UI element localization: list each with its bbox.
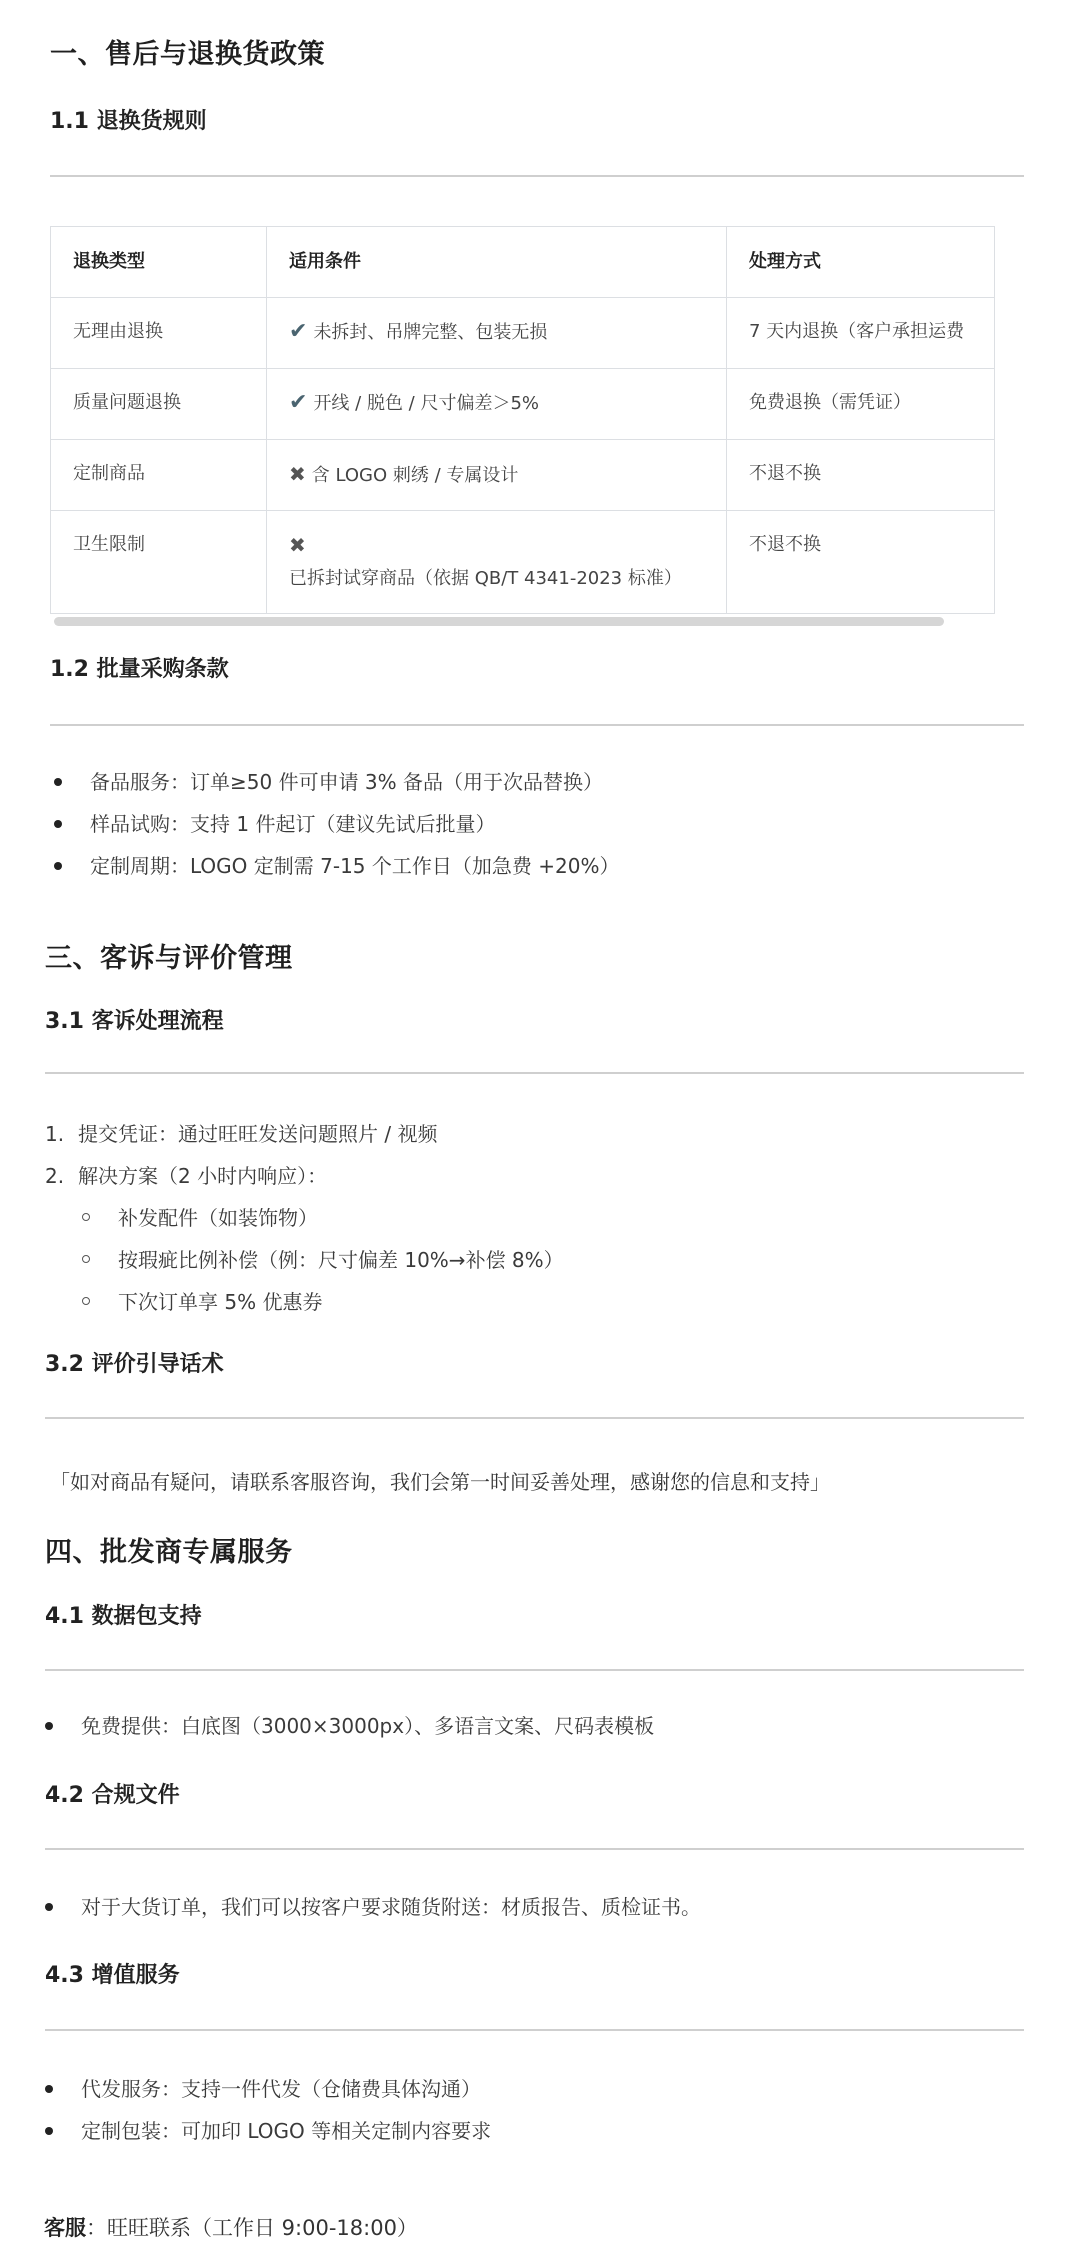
sub-list-item: 补发配件（如装饰物） (45, 1197, 564, 1239)
column-header-condition: 适用条件 (267, 227, 727, 298)
table-header-row: 退换类型 适用条件 处理方式 (51, 227, 995, 298)
list-item: 备品服务：订单≥50 件可申请 3% 备品（用于次品替换） (54, 761, 619, 803)
section-title-after-sales: 一、售后与退换货政策 (50, 32, 325, 71)
list-item: 2. 解决方案（2 小时内响应）： (45, 1155, 945, 1197)
column-header-type: 退换类型 (51, 227, 267, 298)
cell-handling: 不退不换 (727, 440, 995, 511)
cell-type: 定制商品 (51, 440, 267, 511)
subsection-title-data-package: 4.1 数据包支持 (45, 1599, 202, 1630)
subsection-title-value-added: 4.3 增值服务 (45, 1958, 180, 1989)
list-item-text: 解决方案（2 小时内响应）： (78, 1164, 327, 1188)
sub-list-item: 下次订单享 5% 优惠券 (45, 1281, 564, 1323)
table-row: 无理由退换 ✔未拆封、吊牌完整、包装无损 7 天内退换（客户承担运费 (51, 298, 995, 369)
subsection-title-bulk-terms: 1.2 批量采购条款 (50, 652, 229, 683)
review-script-quote: 「如对商品有疑问，请联系客服咨询，我们会第一时间妥善处理，感谢您的信息和支持」 (50, 1466, 830, 1495)
column-header-handling: 处理方式 (727, 227, 995, 298)
list-item: 定制包装：可加印 LOGO 等相关定制内容要求 (45, 2110, 491, 2152)
step-number: 1. (45, 1113, 64, 1155)
data-package-list: 免费提供：白底图（3000×3000px）、多语言文案、尺码表模板 (45, 1705, 654, 1747)
return-rules-table-container[interactable]: 退换类型 适用条件 处理方式 无理由退换 ✔未拆封、吊牌完整、包装无损 7 天内… (50, 226, 994, 614)
divider (50, 175, 1024, 177)
divider (45, 1669, 1024, 1671)
check-icon: ✔ (289, 390, 307, 415)
customer-service-text: ：旺旺联系（工作日 9:00-18:00） (86, 2216, 418, 2240)
cross-icon: ✖ (289, 533, 306, 557)
list-item-text: 定制包装：可加印 LOGO 等相关定制内容要求 (81, 2119, 491, 2143)
check-icon: ✔ (289, 319, 307, 344)
subsection-title-complaint-process: 3.1 客诉处理流程 (45, 1004, 224, 1035)
cell-condition: ✖已拆封试穿商品（依据 QB/T 4341-2023 标准） (267, 511, 727, 614)
list-item: 对于大货订单，我们可以按客户要求随货附送：材质报告、质检证书。 (45, 1886, 701, 1928)
condition-text: 开线 / 脱色 / 尺寸偏差＞5% (313, 393, 539, 414)
table-row: 质量问题退换 ✔开线 / 脱色 / 尺寸偏差＞5% 免费退换（需凭证） (51, 369, 995, 440)
complaint-solutions-sublist: 补发配件（如装饰物） 按瑕疵比例补偿（例：尺寸偏差 10%→补偿 8%） 下次订… (45, 1197, 564, 1323)
subsection-title-return-rules: 1.1 退换货规则 (50, 104, 207, 135)
circle-bullet-icon (82, 1297, 90, 1305)
section-title-wholesaler-services: 四、批发商专属服务 (45, 1530, 293, 1569)
cell-handling: 免费退换（需凭证） (727, 369, 995, 440)
bullet-icon (45, 2127, 53, 2135)
table-row: 定制商品 ✖含 LOGO 刺绣 / 专属设计 不退不换 (51, 440, 995, 511)
list-item: 免费提供：白底图（3000×3000px）、多语言文案、尺码表模板 (45, 1705, 654, 1747)
bulk-terms-list: 备品服务：订单≥50 件可申请 3% 备品（用于次品替换） 样品试购：支持 1 … (54, 761, 619, 887)
circle-bullet-icon (82, 1255, 90, 1263)
list-item-text: 提交凭证：通过旺旺发送问题照片 / 视频 (78, 1122, 437, 1146)
cell-type: 无理由退换 (51, 298, 267, 369)
bullet-icon (45, 1903, 53, 1911)
cell-condition: ✖含 LOGO 刺绣 / 专属设计 (267, 440, 727, 511)
condition-text: 已拆封试穿商品（依据 QB/T 4341-2023 标准） (289, 568, 682, 589)
list-item-text: 代发服务：支持一件代发（仓储费具体沟通） (81, 2077, 481, 2101)
list-item-text: 定制周期：LOGO 定制需 7-15 个工作日（加急费 +20%） (90, 854, 619, 878)
list-item-text: 对于大货订单，我们可以按客户要求随货附送：材质报告、质检证书。 (81, 1895, 701, 1919)
customer-service-label: 客服 (44, 2216, 86, 2240)
section-title-complaints: 三、客诉与评价管理 (45, 936, 293, 975)
list-item-text: 样品试购：支持 1 件起订（建议先试后批量） (90, 812, 495, 836)
sub-list-item: 按瑕疵比例补偿（例：尺寸偏差 10%→补偿 8%） (45, 1239, 564, 1281)
condition-text: 含 LOGO 刺绣 / 专属设计 (312, 465, 519, 486)
list-item-text: 补发配件（如装饰物） (118, 1206, 318, 1230)
complaint-steps-list: 1. 提交凭证：通过旺旺发送问题照片 / 视频 2. 解决方案（2 小时内响应）… (45, 1113, 945, 1197)
cell-handling: 7 天内退换（客户承担运费 (727, 298, 995, 369)
list-item: 样品试购：支持 1 件起订（建议先试后批量） (54, 803, 619, 845)
subsection-title-review-script: 3.2 评价引导话术 (45, 1347, 224, 1378)
divider (45, 1417, 1024, 1419)
cell-type: 卫生限制 (51, 511, 267, 614)
list-item: 代发服务：支持一件代发（仓储费具体沟通） (45, 2068, 491, 2110)
table-horizontal-scrollbar[interactable] (54, 617, 944, 626)
subsection-title-compliance: 4.2 合规文件 (45, 1778, 180, 1809)
divider (45, 2029, 1024, 2031)
bullet-icon (54, 778, 62, 786)
cell-type: 质量问题退换 (51, 369, 267, 440)
list-item-text: 备品服务：订单≥50 件可申请 3% 备品（用于次品替换） (90, 770, 603, 794)
table-row: 卫生限制 ✖已拆封试穿商品（依据 QB/T 4341-2023 标准） 不退不换 (51, 511, 995, 614)
list-item: 1. 提交凭证：通过旺旺发送问题照片 / 视频 (45, 1113, 945, 1155)
cross-icon: ✖ (289, 462, 306, 486)
condition-text: 未拆封、吊牌完整、包装无损 (313, 322, 547, 343)
bullet-icon (54, 862, 62, 870)
customer-service-contact: 客服：旺旺联系（工作日 9:00-18:00） (44, 2212, 418, 2242)
bullet-icon (45, 1722, 53, 1730)
list-item-text: 免费提供：白底图（3000×3000px）、多语言文案、尺码表模板 (81, 1714, 654, 1738)
list-item: 定制周期：LOGO 定制需 7-15 个工作日（加急费 +20%） (54, 845, 619, 887)
cell-condition: ✔未拆封、吊牌完整、包装无损 (267, 298, 727, 369)
step-number: 2. (45, 1155, 64, 1197)
circle-bullet-icon (82, 1213, 90, 1221)
list-item-text: 按瑕疵比例补偿（例：尺寸偏差 10%→补偿 8%） (118, 1248, 564, 1272)
list-item-text: 下次订单享 5% 优惠券 (118, 1290, 322, 1314)
divider (50, 724, 1024, 726)
return-rules-table: 退换类型 适用条件 处理方式 无理由退换 ✔未拆封、吊牌完整、包装无损 7 天内… (50, 226, 995, 614)
bullet-icon (45, 2085, 53, 2093)
cell-handling: 不退不换 (727, 511, 995, 614)
bullet-icon (54, 820, 62, 828)
divider (45, 1848, 1024, 1850)
value-added-list: 代发服务：支持一件代发（仓储费具体沟通） 定制包装：可加印 LOGO 等相关定制… (45, 2068, 491, 2152)
divider (45, 1072, 1024, 1074)
compliance-list: 对于大货订单，我们可以按客户要求随货附送：材质报告、质检证书。 (45, 1886, 701, 1928)
cell-condition: ✔开线 / 脱色 / 尺寸偏差＞5% (267, 369, 727, 440)
